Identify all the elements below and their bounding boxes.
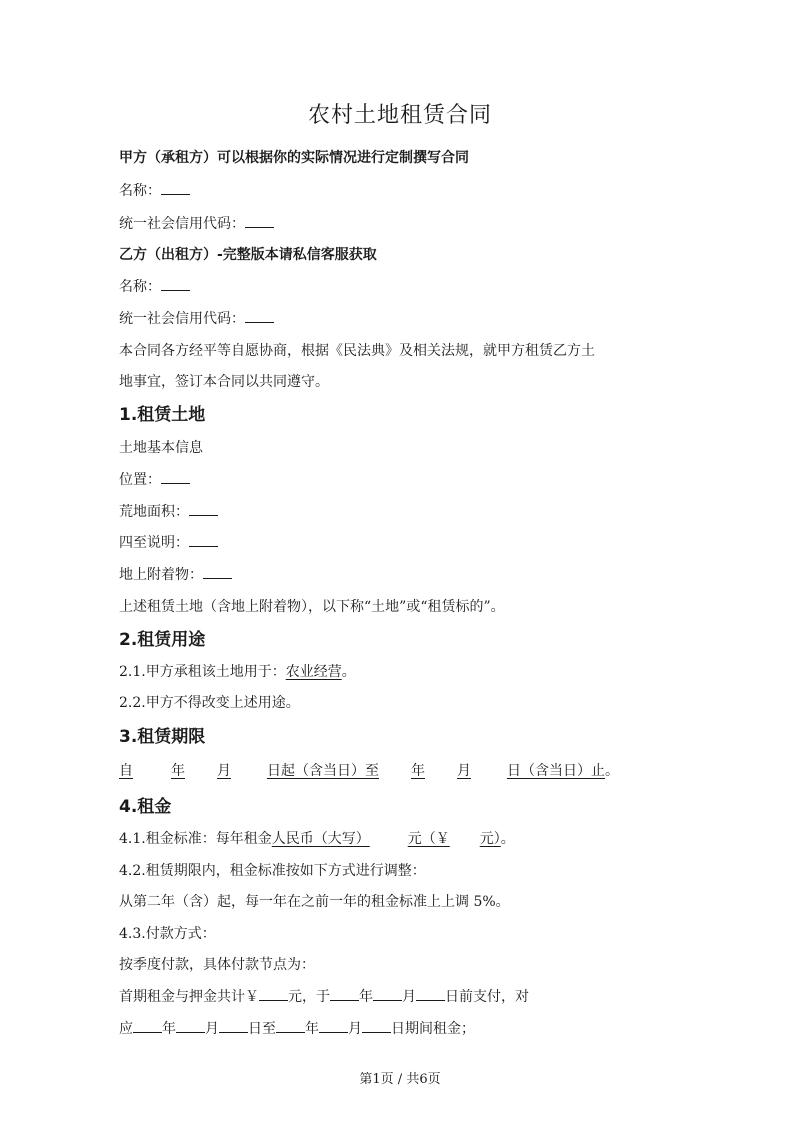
use-value: 农业经营: [286, 664, 342, 680]
rent-standard-prefix: 4.1.租金标准：每年租金: [119, 831, 272, 847]
period-start-day: 日至: [248, 1021, 276, 1037]
party-b-name-label: 名称：: [119, 279, 161, 295]
term-start-month: 月: [217, 763, 231, 779]
first-payment-total-label: 首期租金与押金共计￥: [119, 989, 259, 1005]
period-start-year-blank: [133, 1018, 162, 1033]
rent-amount-underlined: 人民币（大写）元（￥元）: [272, 831, 501, 847]
period-end-month-blank: [319, 1018, 348, 1033]
attachments-field: 地上附着物：: [119, 564, 232, 584]
party-a-credit-code-label: 统一社会信用代码：: [119, 216, 245, 232]
term-end-year: 年: [411, 763, 425, 779]
period-start-day-blank: [219, 1018, 248, 1033]
first-payment-amount-blank: [259, 986, 288, 1001]
location-label: 位置：: [119, 472, 161, 488]
document-page: 农村土地租赁合同 甲方（承租方）可以根据你的实际情况进行定制撰写合同 名称： 统…: [0, 0, 800, 1133]
boundaries-field: 四至说明：: [119, 532, 218, 552]
party-a-name-blank: [161, 180, 190, 195]
rent-suffix: 。: [501, 831, 515, 847]
first-payment-yuan: 元，于: [288, 989, 330, 1005]
section-1-heading: 1.租赁土地: [119, 400, 205, 425]
section-4-item-3: 4.3.付款方式：: [119, 923, 216, 943]
party-b-name-blank: [161, 276, 190, 291]
rent-yuan-close: 元）: [480, 831, 501, 847]
page-indicator: 第1页 / 共6页: [0, 1068, 800, 1087]
section-4-heading: 4.租金: [119, 792, 171, 817]
period-end-year-blank: [276, 1018, 305, 1033]
area-label: 荒地面积：: [119, 504, 189, 520]
party-b-credit-code-field: 统一社会信用代码：: [119, 308, 274, 328]
section-4-item-1: 4.1.租金标准：每年租金人民币（大写）元（￥元）。: [119, 828, 515, 848]
section-2-item-1: 2.1.甲方承租该土地用于：农业经营。: [119, 661, 356, 681]
section-3-heading: 3.租赁期限: [119, 722, 205, 747]
preamble-line-1: 本合同各方经平等自愿协商，根据《民法典》及相关法规，就甲方租赁乙方土: [119, 340, 595, 360]
first-payment-line-cont: 应年月日至年月日期间租金；: [119, 1018, 475, 1038]
payment-method: 按季度付款，具体付款节点为：: [119, 954, 315, 974]
party-b-credit-code-blank: [245, 308, 274, 323]
first-payment-month-blank: [373, 986, 402, 1001]
boundaries-label: 四至说明：: [119, 535, 189, 551]
period-start-month-blank: [176, 1018, 205, 1033]
period-end-year: 年: [305, 1021, 319, 1037]
attachments-blank: [203, 564, 232, 579]
term-start-year: 年: [171, 763, 185, 779]
land-definition: 上述租赁土地（含地上附着物），以下称“土地”或“租赁标的”。: [119, 596, 505, 616]
first-payment-year-blank: [330, 986, 359, 1001]
period-start-month: 月: [205, 1021, 219, 1037]
term-from: 自: [119, 763, 133, 779]
party-a-heading: 甲方（承租方）可以根据你的实际情况进行定制撰写合同: [119, 147, 469, 167]
first-payment-year: 年: [359, 989, 373, 1005]
term-start-day: 日起（含当日）至: [267, 763, 379, 779]
corresponding-label: 应: [119, 1021, 133, 1037]
attachments-label: 地上附着物：: [119, 567, 203, 583]
party-a-credit-code-blank: [245, 213, 274, 228]
first-payment-day-blank: [416, 986, 445, 1001]
preamble-line-2: 地事宜，签订本合同以共同遵守。: [119, 371, 329, 391]
party-a-name-field: 名称：: [119, 180, 190, 200]
rent-uppercase-label: 人民币（大写）: [272, 831, 370, 847]
party-b-credit-code-label: 统一社会信用代码：: [119, 311, 245, 327]
period-end-day-blank: [362, 1018, 391, 1033]
section-2-item-2: 2.2.甲方不得改变上述用途。: [119, 692, 300, 712]
rent-yuan-label: 元（￥: [408, 831, 450, 847]
period-end-day: 日期间租金；: [391, 1021, 475, 1037]
section-2-heading: 2.租赁用途: [119, 625, 205, 650]
rent-adjustment: 从第二年（含）起，每一年在之前一年的租金标准上上调 5%。: [119, 891, 510, 911]
area-blank: [189, 501, 218, 516]
lease-term-underlined: 自年月日起（含当日）至年月日（含当日）止: [119, 763, 605, 779]
term-end-month: 月: [457, 763, 471, 779]
boundaries-blank: [189, 532, 218, 547]
first-payment-month: 月: [402, 989, 416, 1005]
location-field: 位置：: [119, 469, 190, 489]
section-4-item-2: 4.2.租赁期限内，租金标准按如下方式进行调整：: [119, 860, 426, 880]
area-field: 荒地面积：: [119, 501, 218, 521]
use-prefix: 2.1.甲方承租该土地用于：: [119, 664, 286, 680]
period-end-month: 月: [348, 1021, 362, 1037]
location-blank: [161, 469, 190, 484]
first-payment-line: 首期租金与押金共计￥元，于年月日前支付，对: [119, 986, 529, 1006]
document-title: 农村土地租赁合同: [0, 98, 800, 129]
land-info-subheading: 土地基本信息: [119, 437, 203, 457]
party-a-credit-code-field: 统一社会信用代码：: [119, 213, 274, 233]
first-payment-day: 日前支付，对: [445, 989, 529, 1005]
party-a-name-label: 名称：: [119, 183, 161, 199]
term-end-day: 日（含当日）止: [507, 763, 605, 779]
lease-term: 自年月日起（含当日）至年月日（含当日）止。: [119, 760, 619, 780]
party-b-name-field: 名称：: [119, 276, 190, 296]
period-start-year: 年: [162, 1021, 176, 1037]
term-end-punct: 。: [605, 763, 619, 779]
party-b-heading: 乙方（出租方）-完整版本请私信客服获取: [119, 244, 377, 264]
use-suffix: 。: [342, 664, 356, 680]
